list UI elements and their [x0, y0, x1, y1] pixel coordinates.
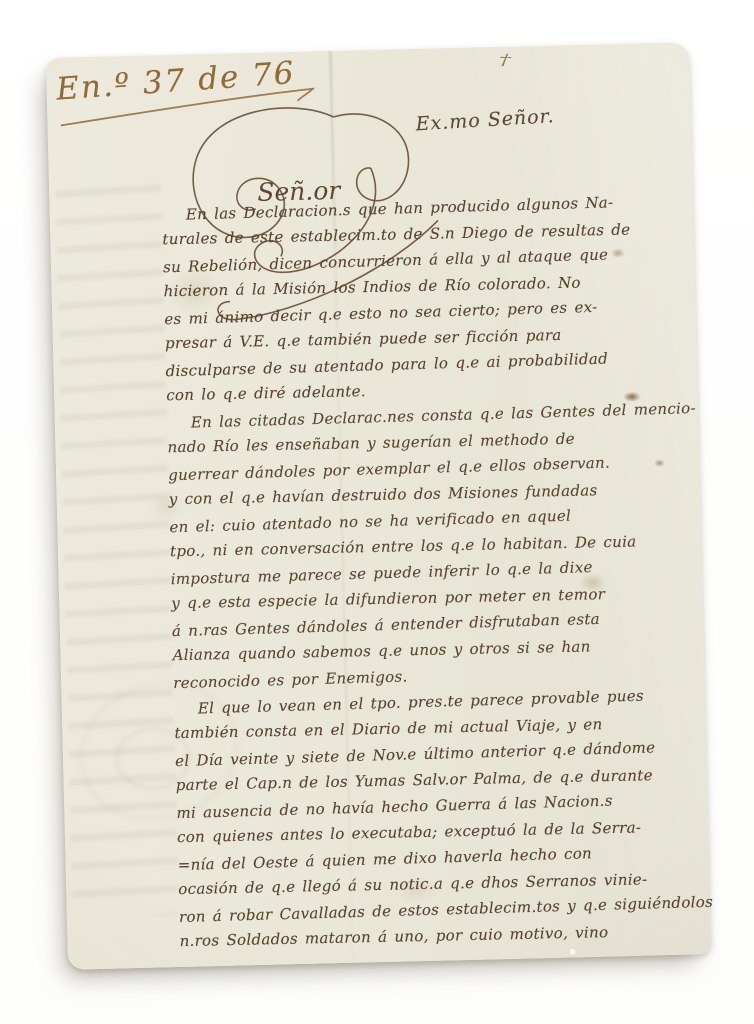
- paragraph-2: En las citadas Declarac.nes consta q.e l…: [167, 401, 680, 699]
- manuscript-page: En.º 37 de 76 † Ex.mo Señor. Señ.or En l…: [46, 42, 711, 969]
- salutation-header: Ex.mo Señor.: [415, 105, 555, 135]
- photo-background: En.º 37 de 76 † Ex.mo Señor. Señ.or En l…: [0, 0, 754, 1024]
- ink-showthrough: [55, 173, 179, 917]
- cross-icon: †: [498, 51, 512, 69]
- paragraph-1: En las Declaracion.s que han producido a…: [162, 193, 673, 413]
- docket-number: En.º 37 de 76: [55, 54, 319, 132]
- paragraph-3: El que lo vean en el tpo. pres.te parece…: [174, 687, 686, 959]
- letter-body: En las Declaracion.s que han producido a…: [162, 193, 686, 959]
